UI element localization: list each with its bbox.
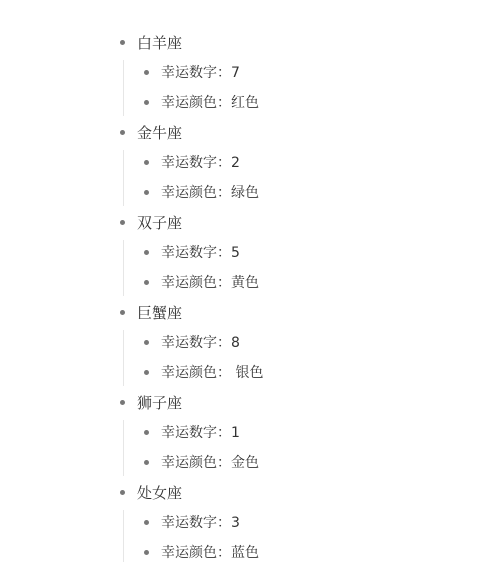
bullet-icon xyxy=(120,490,125,495)
zodiac-sign: 白羊座 幸运数字：7 幸运颜色：红色 xyxy=(0,28,500,118)
bullet-icon xyxy=(120,310,125,315)
bullet-icon xyxy=(120,400,125,405)
sign-row: 白羊座 xyxy=(0,28,500,58)
detail-value: 3 xyxy=(231,515,240,531)
detail-value: 5 xyxy=(231,245,240,261)
bullet-icon xyxy=(144,250,149,255)
detail-item: 幸运数字：7 xyxy=(0,58,500,88)
detail-item: 幸运数字：3 xyxy=(0,508,500,538)
zodiac-list: 白羊座 幸运数字：7 幸运颜色：红色 金牛座 幸运数字：2 xyxy=(0,28,500,562)
sign-name: 狮子座 xyxy=(137,394,182,412)
sign-details: 幸运数字：3 幸运颜色：蓝色 xyxy=(0,508,500,562)
detail-label: 幸运颜色： xyxy=(161,95,231,111)
bullet-icon xyxy=(144,280,149,285)
detail-value: 银色 xyxy=(231,365,263,381)
sign-name: 双子座 xyxy=(137,214,182,232)
detail-label: 幸运数字： xyxy=(161,335,231,351)
bullet-icon xyxy=(120,40,125,45)
detail-item: 幸运颜色：黄色 xyxy=(0,268,500,298)
detail-label: 幸运数字： xyxy=(161,65,231,81)
bullet-icon xyxy=(144,460,149,465)
bullet-icon xyxy=(144,160,149,165)
bullet-icon xyxy=(120,130,125,135)
detail-value: 金色 xyxy=(231,455,259,471)
sign-row: 狮子座 xyxy=(0,388,500,418)
detail-label: 幸运颜色： xyxy=(161,545,231,561)
detail-label: 幸运颜色： xyxy=(161,455,231,471)
sign-name: 巨蟹座 xyxy=(137,304,182,322)
detail-label: 幸运数字： xyxy=(161,425,231,441)
detail-value: 蓝色 xyxy=(231,545,259,561)
bullet-icon xyxy=(144,430,149,435)
zodiac-sign: 狮子座 幸运数字：1 幸运颜色：金色 xyxy=(0,388,500,478)
detail-item: 幸运颜色：蓝色 xyxy=(0,538,500,562)
detail-item: 幸运数字：5 xyxy=(0,238,500,268)
bullet-icon xyxy=(144,190,149,195)
bullet-icon xyxy=(144,100,149,105)
sign-row: 处女座 xyxy=(0,478,500,508)
sign-name: 处女座 xyxy=(137,484,182,502)
sign-name: 金牛座 xyxy=(137,124,182,142)
bullet-icon xyxy=(144,340,149,345)
detail-value: 1 xyxy=(231,425,240,441)
detail-label: 幸运数字： xyxy=(161,515,231,531)
bullet-icon xyxy=(144,70,149,75)
detail-value: 红色 xyxy=(231,95,259,111)
detail-item: 幸运颜色：金色 xyxy=(0,448,500,478)
detail-value: 7 xyxy=(231,65,240,81)
bullet-icon xyxy=(144,370,149,375)
sign-details: 幸运数字：5 幸运颜色：黄色 xyxy=(0,238,500,298)
detail-value: 8 xyxy=(231,335,240,351)
bullet-icon xyxy=(120,220,125,225)
sign-details: 幸运数字：7 幸运颜色：红色 xyxy=(0,58,500,118)
detail-item: 幸运颜色： 银色 xyxy=(0,358,500,388)
sign-details: 幸运数字：2 幸运颜色：绿色 xyxy=(0,148,500,208)
bullet-icon xyxy=(144,550,149,555)
zodiac-sign: 处女座 幸运数字：3 幸运颜色：蓝色 xyxy=(0,478,500,562)
detail-label: 幸运颜色： xyxy=(161,275,231,291)
zodiac-sign: 双子座 幸运数字：5 幸运颜色：黄色 xyxy=(0,208,500,298)
detail-item: 幸运数字：1 xyxy=(0,418,500,448)
sign-row: 巨蟹座 xyxy=(0,298,500,328)
sign-row: 双子座 xyxy=(0,208,500,238)
detail-item: 幸运颜色：红色 xyxy=(0,88,500,118)
detail-label: 幸运颜色： xyxy=(161,365,231,381)
sign-name: 白羊座 xyxy=(137,34,182,52)
detail-label: 幸运数字： xyxy=(161,245,231,261)
detail-value: 黄色 xyxy=(231,275,259,291)
detail-item: 幸运数字：2 xyxy=(0,148,500,178)
detail-label: 幸运数字： xyxy=(161,155,231,171)
zodiac-sign: 金牛座 幸运数字：2 幸运颜色：绿色 xyxy=(0,118,500,208)
sign-details: 幸运数字：8 幸运颜色： 银色 xyxy=(0,328,500,388)
bullet-icon xyxy=(144,520,149,525)
sign-row: 金牛座 xyxy=(0,118,500,148)
detail-item: 幸运数字：8 xyxy=(0,328,500,358)
sign-details: 幸运数字：1 幸运颜色：金色 xyxy=(0,418,500,478)
detail-value: 2 xyxy=(231,155,240,171)
detail-label: 幸运颜色： xyxy=(161,185,231,201)
detail-value: 绿色 xyxy=(231,185,259,201)
zodiac-sign: 巨蟹座 幸运数字：8 幸运颜色： 银色 xyxy=(0,298,500,388)
detail-item: 幸运颜色：绿色 xyxy=(0,178,500,208)
